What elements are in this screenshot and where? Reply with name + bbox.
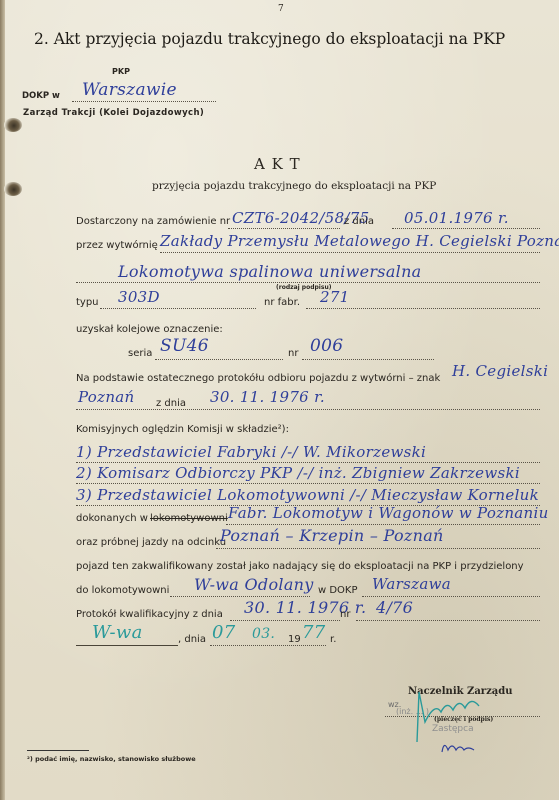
commission-member: 3) Przedstawiciel Lokomotywowni /-/ Miec… bbox=[76, 486, 539, 504]
test-run-label: oraz próbnej jazdy na odcinku bbox=[76, 537, 226, 548]
dotted-line bbox=[216, 548, 540, 549]
place-value: W-wa bbox=[92, 622, 143, 643]
factory-no-label: nr fabr. bbox=[264, 297, 300, 308]
depot-dokp-value: Warszawa bbox=[372, 575, 451, 593]
dokp-label: DOKP w bbox=[22, 91, 60, 101]
commission-member: 2) Komisarz Odbiorczy PKP /-/ inż. Zbign… bbox=[76, 464, 520, 482]
factory-no-value: 271 bbox=[320, 288, 350, 306]
dotted-line bbox=[356, 620, 540, 621]
protocol-mark-2: Poznań bbox=[78, 388, 134, 406]
performed-value: Fabr. Lokomotyw i Wagonów w Poznaniu bbox=[228, 504, 549, 522]
commission-member: 1) Przedstawiciel Fabryki /-/ W. Mikorze… bbox=[76, 443, 426, 461]
qual-protocol-no-label: nr bbox=[340, 609, 350, 620]
designation-label: uzyskał kolejowe oznaczenie: bbox=[76, 324, 223, 335]
commission-label: Komisyjnych oględzin Komisji w składzie²… bbox=[76, 424, 289, 435]
type-value: 303D bbox=[118, 288, 160, 306]
number-value: 006 bbox=[310, 336, 343, 356]
document-title: A K T bbox=[254, 155, 301, 173]
punch-hole bbox=[4, 182, 22, 196]
footnote: ²) podać imię, nazwisko, stanowisko służ… bbox=[27, 755, 196, 763]
dotted-line bbox=[160, 252, 540, 253]
dotted-line bbox=[302, 359, 434, 360]
protocol-mark-1: H. Cegielski bbox=[452, 362, 548, 380]
qual-protocol-no: 4/76 bbox=[376, 598, 413, 617]
page-edge bbox=[0, 0, 5, 800]
dotted-line bbox=[392, 228, 540, 229]
performed-struck: lokomotywowni bbox=[150, 513, 228, 524]
depot-value: W-wa Odolany bbox=[194, 575, 314, 594]
section-heading: 2. Akt przyjęcia pojazdu trakcyjnego do … bbox=[34, 30, 505, 48]
protocol-date-value: 30. 11. 1976 r. bbox=[210, 388, 325, 406]
order-date-label: z dnia bbox=[344, 216, 374, 227]
dokp-value: Warszawie bbox=[82, 80, 177, 100]
underline bbox=[76, 645, 178, 646]
series-value: SU46 bbox=[160, 336, 209, 356]
date-label: , dnia bbox=[178, 634, 206, 645]
order-date: 05.01.1976 r. bbox=[404, 209, 509, 227]
date-year-suffix: 77 bbox=[302, 622, 326, 643]
punch-hole bbox=[4, 118, 22, 132]
manufacturer-label: przez wytwórnię bbox=[76, 240, 158, 251]
protocol-label: Na podstawie ostatecznego protokółu odbi… bbox=[76, 373, 440, 384]
dotted-line bbox=[170, 596, 310, 597]
dotted-line bbox=[76, 483, 540, 484]
dotted-line bbox=[226, 524, 540, 525]
vehicle-kind-value: Lokomotywa spalinowa uniwersalna bbox=[118, 262, 422, 281]
dotted-line bbox=[76, 409, 540, 410]
pkp-label: PKP bbox=[112, 67, 130, 76]
qual-protocol-label: Protokół kwalifikacyjny z dnia bbox=[76, 609, 223, 620]
date-day: 07 bbox=[212, 622, 236, 643]
date-month: 03. bbox=[252, 626, 275, 642]
series-label: seria bbox=[128, 348, 152, 359]
dotted-line bbox=[230, 620, 340, 621]
dotted-line bbox=[362, 596, 540, 597]
dotted-line bbox=[306, 308, 540, 309]
qualified-text: pojazd ten zakwalifikowany został jako n… bbox=[76, 561, 524, 572]
page-number: 7 bbox=[278, 4, 284, 14]
protocol-date-label: z dnia bbox=[156, 398, 186, 409]
order-label: Dostarczony na zamówienie nr bbox=[76, 216, 230, 227]
dotted-line bbox=[100, 308, 256, 309]
dotted-line bbox=[76, 462, 540, 463]
depot-dokp-label: w DOKP bbox=[318, 585, 358, 596]
management-label: Zarząd Trakcji (Kolei Dojazdowych) bbox=[23, 108, 204, 118]
dotted-line bbox=[72, 101, 216, 102]
dotted-line bbox=[210, 645, 326, 646]
dotted-line bbox=[76, 282, 540, 283]
performed-label: dokonanych w bbox=[76, 513, 148, 524]
initials-scribble bbox=[440, 738, 476, 756]
document-page: 7 2. Akt przyjęcia pojazdu trakcyjnego d… bbox=[0, 0, 559, 800]
document-subtitle: przyjęcia pojazdu trakcyjnego do eksploa… bbox=[152, 180, 436, 192]
date-year-prefix: 19 bbox=[288, 634, 301, 645]
manufacturer-value: Zakłady Przemysłu Metalowego H. Cegielsk… bbox=[160, 232, 559, 250]
dotted-line bbox=[155, 359, 283, 360]
dotted-line bbox=[228, 228, 340, 229]
date-suffix: r. bbox=[330, 634, 336, 645]
depot-label: do lokomotywowni bbox=[76, 585, 169, 596]
number-label: nr bbox=[288, 348, 298, 359]
test-run-value: Poznań – Krzepin – Poznań bbox=[220, 526, 444, 545]
type-label: typu bbox=[76, 297, 99, 308]
footnote-rule bbox=[27, 750, 89, 751]
